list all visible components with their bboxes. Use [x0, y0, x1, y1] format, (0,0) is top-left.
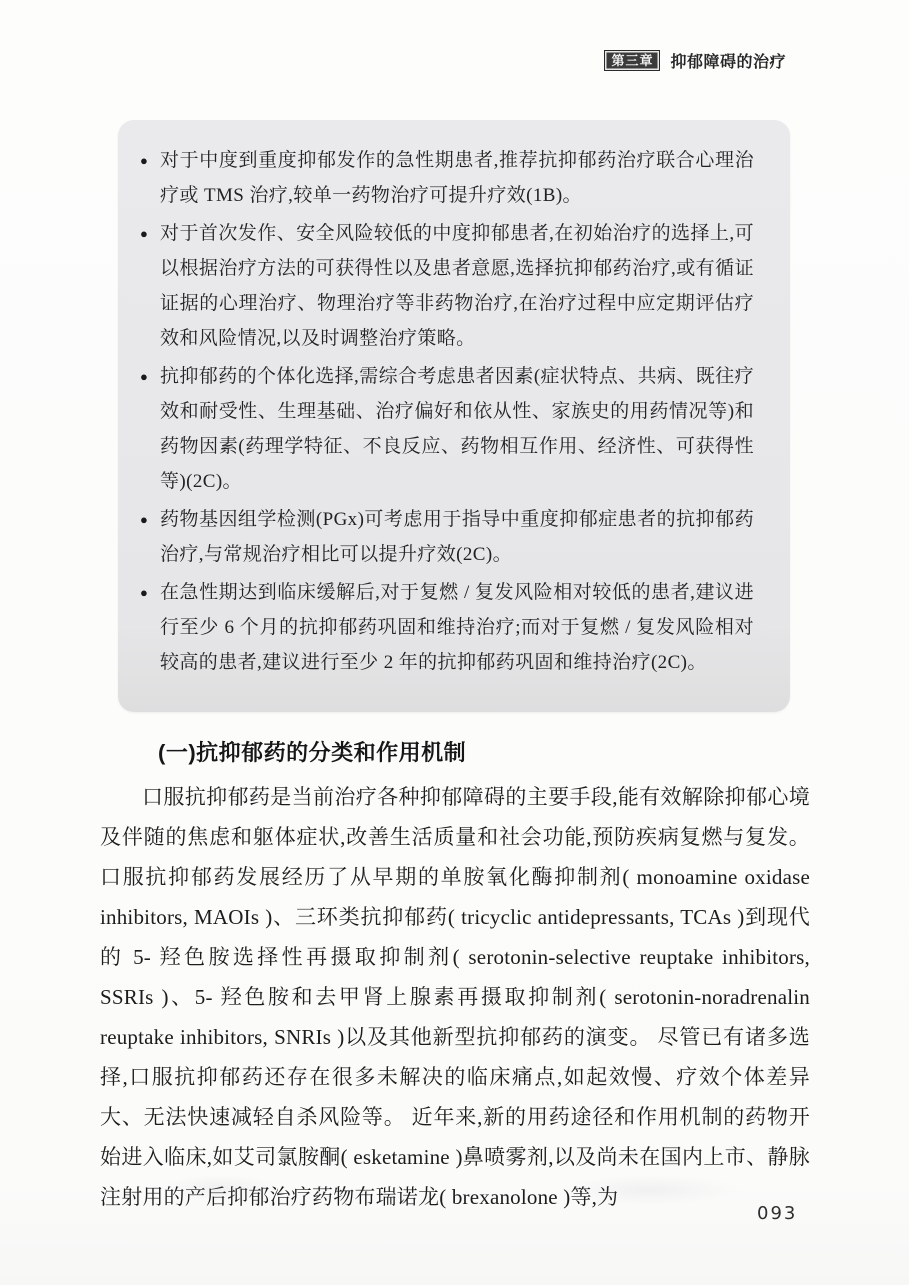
list-item: ● 抗抑郁药的个体化选择,需综合考虑患者因素(症状特点、共病、既往疗效和耐受性、… — [138, 359, 754, 499]
list-item: ● 药物基因组学检测(PGx)可考虑用于指导中重度抑郁症患者的抗抑郁药治疗,与常… — [138, 502, 754, 572]
bullet-icon: ● — [138, 359, 160, 394]
recommendation-text: 抗抑郁药的个体化选择,需综合考虑患者因素(症状特点、共病、既往疗效和耐受性、生理… — [160, 359, 754, 499]
book-page: 第三章 抑郁障碍的治疗 ● 对于中度到重度抑郁发作的急性期患者,推荐抗抑郁药治疗… — [0, 0, 909, 1285]
recommendation-text: 在急性期达到临床缓解后,对于复燃 / 复发风险相对较低的患者,建议进行至少 6 … — [160, 575, 754, 680]
list-item: ● 在急性期达到临床缓解后,对于复燃 / 复发风险相对较低的患者,建议进行至少 … — [138, 575, 754, 680]
recommendation-text: 药物基因组学检测(PGx)可考虑用于指导中重度抑郁症患者的抗抑郁药治疗,与常规治… — [160, 502, 754, 572]
bullet-icon: ● — [138, 216, 160, 251]
main-content: (一)抗抑郁药的分类和作用机制 口服抗抑郁药是当前治疗各种抑郁障碍的主要手段,能… — [100, 738, 810, 1217]
bullet-icon: ● — [138, 502, 160, 537]
list-item: ● 对于中度到重度抑郁发作的急性期患者,推荐抗抑郁药治疗联合心理治疗或 TMS … — [138, 143, 754, 213]
bullet-icon: ● — [138, 143, 160, 178]
recommendation-text: 对于中度到重度抑郁发作的急性期患者,推荐抗抑郁药治疗联合心理治疗或 TMS 治疗… — [160, 143, 754, 213]
recommendation-list: ● 对于中度到重度抑郁发作的急性期患者,推荐抗抑郁药治疗联合心理治疗或 TMS … — [138, 143, 754, 680]
recommendation-text: 对于首次发作、安全风险较低的中度抑郁患者,在初始治疗的选择上,可以根据治疗方法的… — [160, 216, 754, 356]
page-number: 093 — [757, 1203, 797, 1224]
chapter-badge: 第三章 — [604, 50, 660, 71]
list-item: ● 对于首次发作、安全风险较低的中度抑郁患者,在初始治疗的选择上,可以根据治疗方… — [138, 216, 754, 356]
running-header: 第三章 抑郁障碍的治疗 — [604, 49, 786, 72]
section-heading: (一)抗抑郁药的分类和作用机制 — [158, 738, 810, 768]
recommendation-box: ● 对于中度到重度抑郁发作的急性期患者,推荐抗抑郁药治疗联合心理治疗或 TMS … — [118, 120, 790, 712]
chapter-title: 抑郁障碍的治疗 — [670, 49, 786, 72]
bullet-icon: ● — [138, 575, 160, 610]
body-paragraph: 口服抗抑郁药是当前治疗各种抑郁障碍的主要手段,能有效解除抑郁心境及伴随的焦虑和躯… — [100, 777, 810, 1217]
